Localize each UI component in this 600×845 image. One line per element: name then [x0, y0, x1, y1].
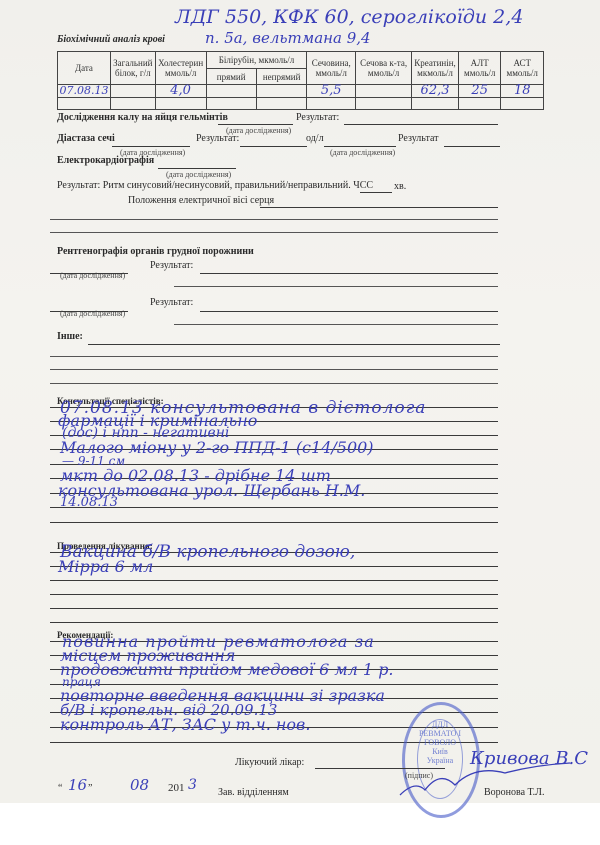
cell-alt: 25 [458, 85, 500, 98]
diastase-label: Діастаза сечі [57, 133, 115, 144]
helminths-label: Дослідження калу на яйця гельмінтів [57, 112, 228, 123]
biochem-table: Дата Загальний білок, г/л Холестерин ммо… [57, 51, 544, 110]
diastase-result-label-2: Результат [398, 133, 439, 144]
col-header-cholesterol: Холестерин ммоль/л [155, 52, 206, 85]
xray-result-label-2: Результат: [150, 297, 193, 308]
ecg-date-hint: (дата дослідження) [166, 170, 231, 179]
medical-form-page: ЛДГ 550, КФК 60, сероглікоїди 2,4 п. 5а,… [0, 0, 600, 803]
header-note-line1: ЛДГ 550, КФК 60, сероглікоїди 2,4 [175, 6, 523, 28]
cell-date: 07.08.13 [58, 85, 111, 98]
cell-urea: 5,5 [307, 85, 356, 98]
recommendation-line: контроль АТ, ЗАС у т.ч. нов. [60, 715, 310, 734]
biochem-title: Біохімічний аналіз крові [57, 34, 165, 45]
ecg-axis-label: Положення електричної вісі серця [128, 195, 274, 206]
treatment-line: Мірра 6 мл [58, 557, 153, 576]
header-note-line2: п. 5а, вельтмана 9,4 [205, 29, 371, 47]
head-of-department-label: Зав. відділенням [218, 787, 289, 803]
diastase-unit: од/л [306, 133, 324, 144]
xray-date-hint-2: (дата дослідження) [60, 309, 125, 318]
cell-ast: 18 [501, 85, 544, 98]
sign-date-day: 16 [68, 776, 87, 794]
col-header-date: Дата [58, 52, 111, 85]
col-header-bilirubin-indirect: непрямий [256, 69, 307, 85]
helminths-result-label: Результат: [296, 112, 339, 123]
table-row [58, 98, 544, 110]
xray-label: Рентгенографія органів грудної порожнини [57, 246, 254, 257]
xray-result-label-1: Результат: [150, 260, 193, 271]
cell-bilirubin-direct [206, 85, 256, 98]
col-header-bilirubin: Білірубін, мкмоль/л [206, 52, 307, 69]
sign-date-month: 08 [130, 776, 149, 794]
other-label: Інше: [57, 331, 83, 342]
diastase-result-label: Результат: [196, 133, 239, 144]
ecg-label: Електрокардіографія [57, 155, 154, 166]
head-of-department-name: Воронова Т.Л. [484, 787, 544, 803]
ecg-hr-unit: хв. [394, 181, 406, 192]
cell-cholesterol: 4,0 [155, 85, 206, 98]
diastase-date-hint-2: (дата дослідження) [330, 148, 395, 157]
col-header-bilirubin-direct: прямий [206, 69, 256, 85]
sign-date-year-prefix: 201 [168, 782, 185, 794]
cell-uric-acid [356, 85, 412, 98]
col-header-creatinine: Креатинін, мкмоль/л [412, 52, 459, 85]
col-header-protein: Загальний білок, г/л [110, 52, 155, 85]
sign-date-year-suffix: 3 [188, 777, 197, 793]
cell-bilirubin-indirect [256, 85, 307, 98]
col-header-uric-acid: Сечова к-та, ммоль/л [356, 52, 412, 85]
col-header-ast: АСТ ммоль/л [501, 52, 544, 85]
table-row: 07.08.13 4,0 5,5 62,3 25 18 [58, 85, 544, 98]
cell-creatinine: 62,3 [412, 85, 459, 98]
xray-date-hint-1: (дата дослідження) [60, 271, 125, 280]
doctor-label: Лікуючий лікар: [235, 757, 304, 768]
col-header-urea: Сечовина, ммоль/л [307, 52, 356, 85]
recommendation-line: продовжити прийом медової 6 мл 1 р. [60, 660, 394, 679]
col-header-alt: АЛТ ммоль/л [458, 52, 500, 85]
consultation-line: 14.08.13 [60, 495, 118, 510]
ecg-result-text: Результат: Ритм синусовий/несинусовий, п… [57, 180, 373, 191]
cell-protein [110, 85, 155, 98]
